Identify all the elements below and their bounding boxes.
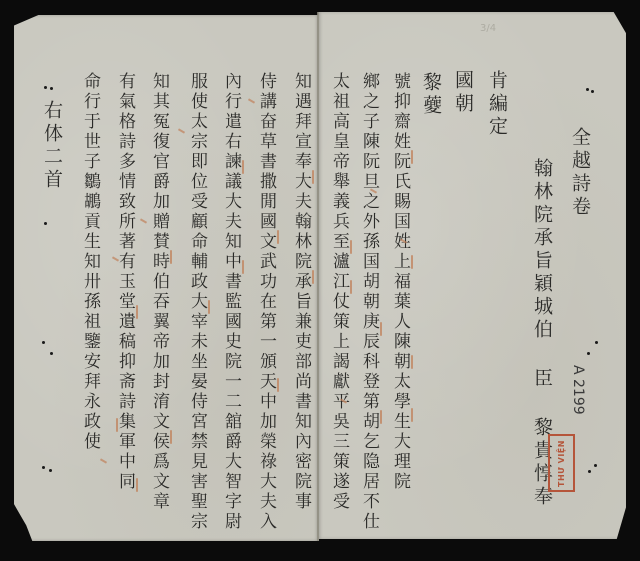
punctuation-mark <box>411 150 413 164</box>
binding-hole <box>44 86 47 89</box>
poem-count-footer: 右体二首 <box>42 100 61 192</box>
collection-title: 全越詩卷 <box>570 127 589 219</box>
binding-hole <box>587 352 590 355</box>
biography-column-9: 有氣格詩多情致所著有玉堂遺稿抑斋詩集軍中同 <box>116 72 133 492</box>
binding-hole <box>594 464 597 467</box>
biography-column-3: 太祖高皇帝舉義兵至瀘江仗策上謁獻平吳三策遂受 <box>330 72 347 512</box>
binding-hole <box>586 88 589 91</box>
punctuation-mark <box>380 410 382 424</box>
binding-hole <box>44 222 47 225</box>
binding-hole <box>50 87 53 90</box>
punctuation-mark <box>312 270 314 284</box>
biography-column-7: 服使太宗即位受顧命輔政大宰未坐晏侍宮禁見害聖宗 <box>188 72 205 532</box>
punctuation-mark <box>116 418 118 432</box>
compiled-note: 肯編定 <box>487 70 506 139</box>
punctuation-mark <box>136 478 138 492</box>
punctuation-mark <box>136 305 138 319</box>
biography-column-5: 侍講奋草書撒閒國文武功在第一頒天中加榮祿大夫入 <box>257 72 274 532</box>
punctuation-mark <box>277 230 279 244</box>
library-stamp: THƯ VIỆN <box>548 434 575 492</box>
binding-hole <box>588 470 591 473</box>
biography-column-8: 知其冤復官爵加贈賛時伯吞翼帝加封淯文侯爲文章 <box>150 72 167 512</box>
binding-hole <box>50 352 53 355</box>
punctuation-mark <box>411 255 413 269</box>
biography-column-4: 知遇拜宣奉大夫翰林院承旨兼吏部尚書知內密院事 <box>292 72 309 512</box>
stamp-text: THƯ VIỆN <box>557 440 566 487</box>
binding-hole <box>591 90 594 93</box>
punctuation-mark <box>380 322 382 336</box>
center-fold <box>317 12 319 541</box>
biography-column-2: 鄉之子陳阮旦之外孫国胡朝庚辰科登第胡乞隐居不仕 <box>360 72 377 532</box>
biography-column-6: 內行遣右諫議大夫知中書監國史院一二舘爵大智字尉 <box>222 72 239 532</box>
pencil-note: 3/4 <box>480 23 496 34</box>
binding-hole <box>595 341 598 344</box>
punctuation-mark <box>242 260 244 274</box>
punctuation-mark <box>170 430 172 444</box>
punctuation-mark <box>411 355 413 369</box>
punctuation-mark <box>208 300 210 314</box>
punctuation-mark <box>277 378 279 392</box>
binding-hole <box>49 469 52 472</box>
biography-column-10: 命行于世子鶵鶘貢生知卅孫祖鑒安拜永政使 <box>81 72 98 452</box>
biography-column-1: 號抑齋姓阮氏賜国姓上福葉人陳朝太學生大理院 <box>391 72 408 492</box>
call-number: A 2199 <box>570 365 586 415</box>
dynasty-heading: 國朝 <box>453 70 472 116</box>
punctuation-mark <box>242 160 244 174</box>
punctuation-mark <box>350 280 352 294</box>
punctuation-mark <box>350 240 352 254</box>
poet-name: 黎䕫 <box>421 72 440 118</box>
punctuation-mark <box>170 250 172 264</box>
scanned-manuscript: 3/4 全越詩卷 翰林院承旨穎城伯 臣 黎貴惇奉 肯編定 國朝 黎䕫 號抑齋姓阮… <box>0 0 640 561</box>
binding-hole <box>42 341 45 344</box>
punctuation-mark <box>411 408 413 422</box>
punctuation-mark <box>312 170 314 184</box>
binding-hole <box>42 466 45 469</box>
